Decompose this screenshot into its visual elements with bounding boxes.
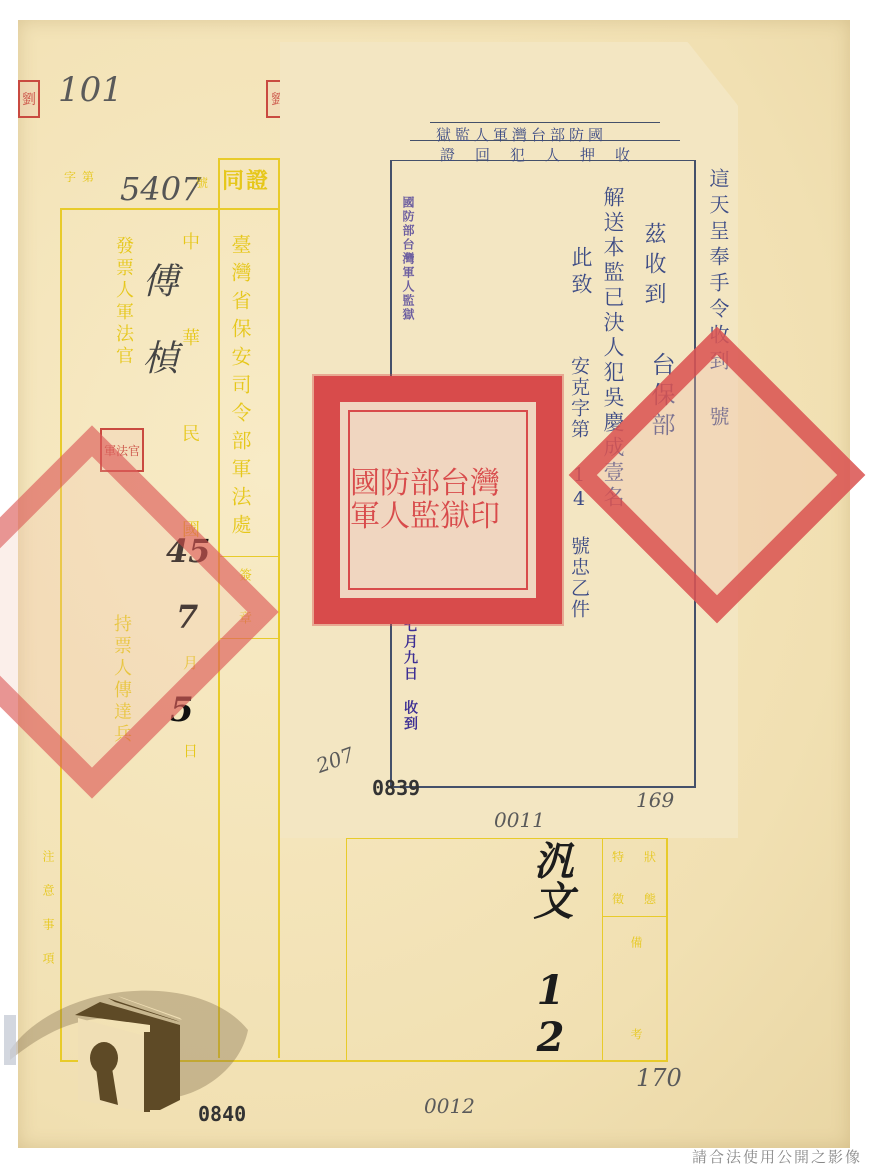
slip-body-line1: 茲收到 bbox=[638, 222, 669, 312]
archive-book-keyhole-logo-icon bbox=[0, 970, 260, 1120]
watermark-text: 請合法使用公開之影像 bbox=[692, 1146, 862, 1167]
seal-large-center: 國防部台灣軍人監獄印 bbox=[314, 376, 562, 624]
serial-prefix: 字第 bbox=[64, 168, 100, 185]
slip-header-line1: 國防部台灣軍人監獄 bbox=[436, 124, 607, 145]
notice-label: 注意事項 bbox=[40, 850, 57, 986]
status-label-tezheng-1: 特 bbox=[612, 848, 624, 865]
archive-stamp-slip: 0839 bbox=[372, 776, 420, 800]
seal-top-left: 劉 bbox=[18, 80, 40, 118]
slip-header-line2: 收押人犯回證 bbox=[440, 144, 650, 165]
issuer-signature: 傅 楨 bbox=[132, 262, 183, 375]
page-number-top-left: 101 bbox=[58, 70, 123, 110]
slip-closing: 此致 bbox=[566, 246, 596, 300]
remarks-label: 備考 bbox=[628, 936, 645, 1120]
status-label-tai: 態 bbox=[644, 890, 656, 907]
received-stamp-org: 國防部台灣軍人監獄 bbox=[400, 196, 417, 322]
handwritten-mark: 汎文 12 bbox=[522, 840, 579, 1061]
date-day-unit: 日 bbox=[183, 740, 198, 761]
archive-handwritten-slip: 0011 bbox=[494, 808, 545, 832]
serial-suffix: 號 bbox=[196, 174, 208, 191]
page-number-form: 170 bbox=[636, 1064, 682, 1092]
page-number-slip: 169 bbox=[636, 788, 674, 812]
status-label-zhuang: 狀 bbox=[644, 848, 656, 865]
archive-handwritten-form: 0012 bbox=[424, 1094, 475, 1118]
issuer-org: 臺灣省保安司令部軍法處 bbox=[226, 234, 255, 542]
form-header-label: 同證 bbox=[222, 164, 270, 195]
serial-number: 5407 bbox=[120, 170, 201, 208]
status-label-tezheng-2: 徵 bbox=[612, 890, 624, 907]
